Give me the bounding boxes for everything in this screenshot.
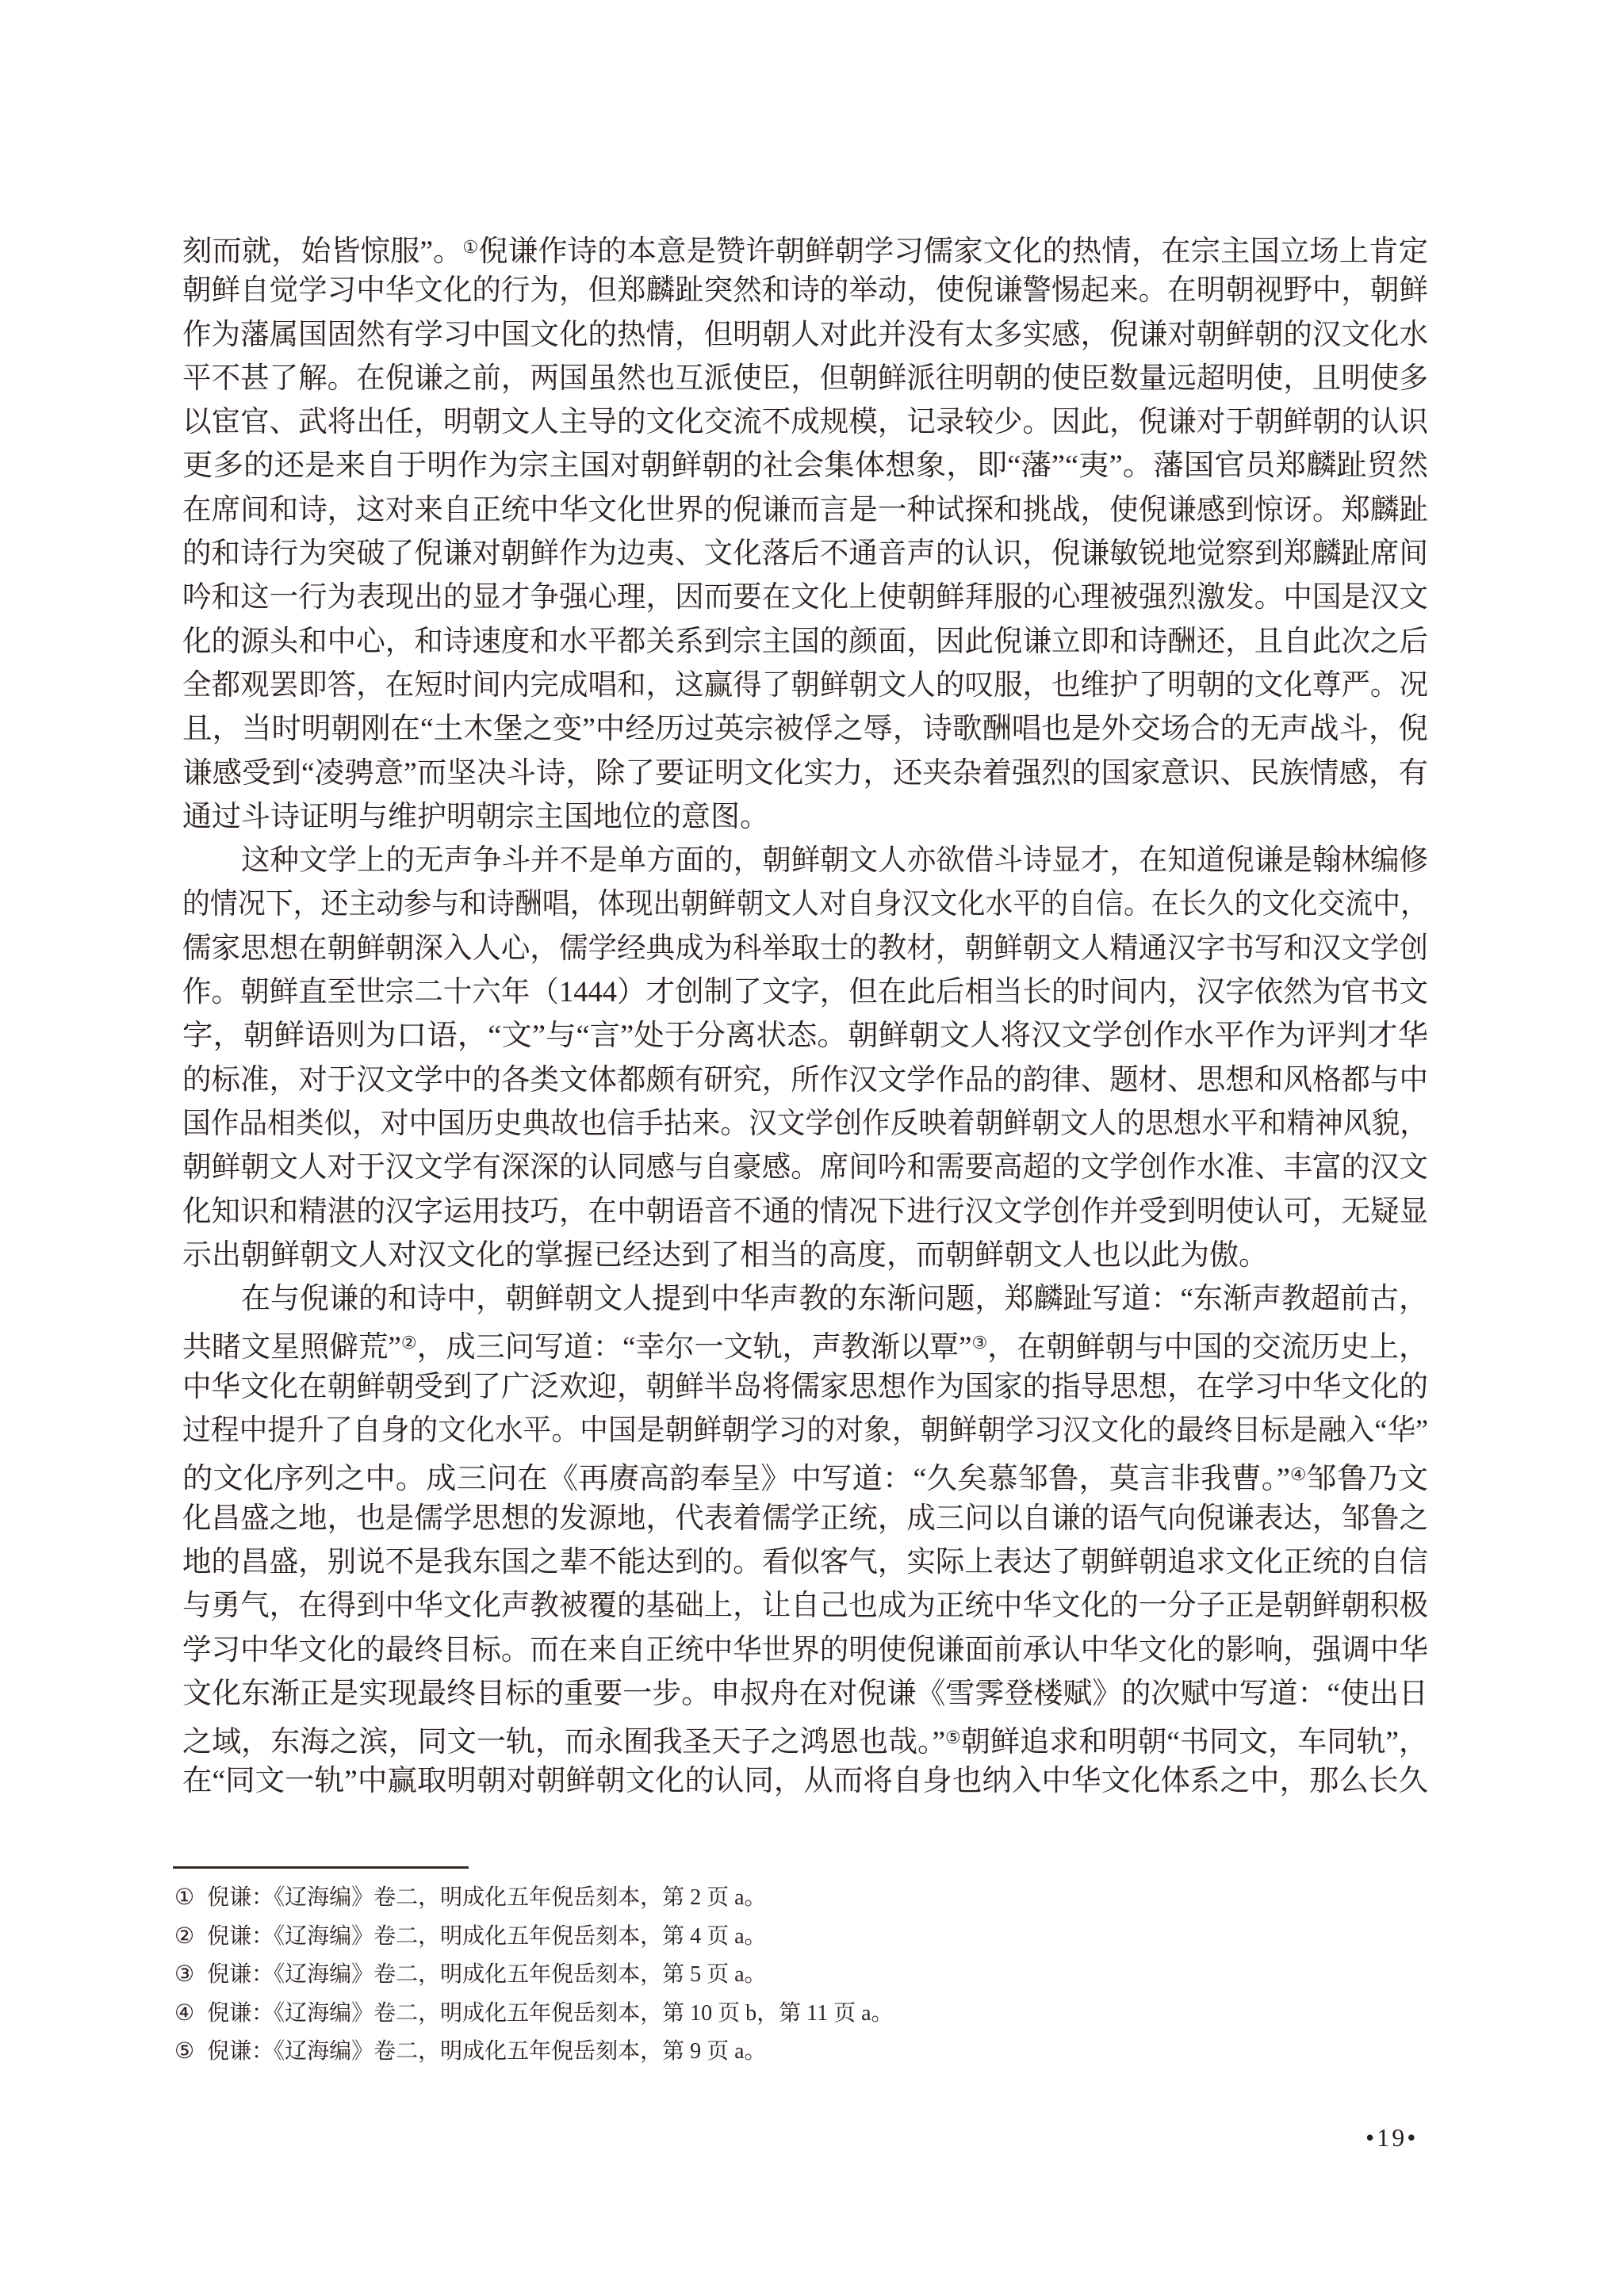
text-line-content: 在“同文一轨”中赢取明朝对朝鲜朝文化的认同，从而将自身也纳入中华文化体系之中，那… [182,1759,1428,1803]
footnote-marker: ④ [174,1995,194,2034]
text-line-content: 国作品相类似，对中国历史典故也信手拈来。汉文学创作反映着朝鲜朝文人的思想水平和精… [182,1102,1428,1146]
text-run: 这种文学上的无声争斗并不是单方面的，朝鲜朝文人亦欲借斗诗显才，在知道倪谦是翰林编… [241,844,1428,877]
text-line: 在席间和诗，这对来自正统中华文化世界的倪谦而言是一种试探和挑战，使倪谦感到惊讶。… [182,488,1428,532]
text-line-content: 之域，东海之滨，同文一轨，而永囿我圣天子之鸿恩也哉。”⑤朝鲜追求和明朝“书同文，… [182,1716,1428,1764]
text-line-content: 的标准，对于汉文学中的各类文体都颇有研究，所作汉文学作品的韵律、题材、思想和风格… [182,1058,1428,1102]
text-line-content: 的文化序列之中。成三问在《再赓高韵奉呈》中写道：“久矣慕邹鲁，莫言非我曹。”④邹… [182,1452,1428,1501]
text-run: 邹鲁乃文 [1306,1463,1428,1495]
footnote-separator [173,1866,469,1869]
text-run: 化知识和精湛的汉字运用技巧，在中朝语音不通的情况下进行汉文学创作并受到明使认可，… [182,1196,1428,1228]
text-run: 化昌盛之地，也是儒学思想的发源地，代表着儒学正统，成三问以自谦的语气向倪谦表达，… [182,1502,1428,1535]
text-line: 且，当时明朝刚在“土木堡之变”中经历过英宗被俘之辱，诗歌酬唱也是外交场合的无声战… [182,707,1428,751]
document-page: 刻而就，始皆惊服”。①倪谦作诗的本意是赞许朝鲜朝学习儒家文化的热情，在宗主国立场… [0,0,1624,2296]
text-line: 以宦官、武将出任，明朝文人主导的文化交流不成规模，记录较少。因此，倪谦对于朝鲜朝… [182,400,1428,444]
text-run: 朝鲜追求和明朝“书同文，车同轨”， [961,1726,1428,1758]
text-run: 朝鲜自觉学习中华文化的行为，但郑麟趾突然和诗的举动，使倪谦警惕起来。在明朝视野中… [182,274,1428,307]
text-run: 朝鲜朝文人对于汉文学有深深的认同感与自豪感。席间吟和需要高超的文学创作水准、丰富… [182,1151,1428,1184]
text-line-content: 刻而就，始皆惊服”。①倪谦作诗的本意是赞许朝鲜朝学习儒家文化的热情，在宗主国立场… [182,225,1428,274]
text-line: 吟和这一行为表现出的显才争强心理，因而要在文化上使朝鲜拜服的心理被强烈激发。中国… [182,576,1428,619]
footnote-ref-marker: ④ [1290,1464,1306,1484]
text-line: 化昌盛之地，也是儒学思想的发源地，代表着儒学正统，成三问以自谦的语气向倪谦表达，… [182,1497,1428,1540]
footnote-ref-marker: ① [462,237,478,257]
text-run: 吟和这一行为表现出的显才争强心理，因而要在文化上使朝鲜拜服的心理被强烈激发。中国… [182,581,1428,614]
text-line: 在与倪谦的和诗中，朝鲜朝文人提到中华声教的东渐问题，郑麟趾写道：“东渐声教超前古… [182,1277,1428,1321]
text-line-content: 学习中华文化的最终目标。而在来自正统中华世界的明使倪谦面前承认中华文化的影响，强… [182,1628,1428,1672]
body-text: 刻而就，始皆惊服”。①倪谦作诗的本意是赞许朝鲜朝学习儒家文化的热情，在宗主国立场… [182,225,1428,1804]
text-run: 文化东渐正是实现最终目标的重要一步。申叔舟在对倪谦《雪霁登楼赋》的次赋中写道：“… [182,1678,1428,1710]
text-line-content: 吟和这一行为表现出的显才争强心理，因而要在文化上使朝鲜拜服的心理被强烈激发。中国… [182,576,1428,619]
text-run: 学习中华文化的最终目标。而在来自正统中华世界的明使倪谦面前承认中华文化的影响，强… [182,1634,1428,1667]
text-line: 平不甚了解。在倪谦之前，两国虽然也互派使臣，但朝鲜派往明朝的使臣数量远超明使，且… [182,357,1428,400]
text-run: 谦感受到“凌骋意”而坚决斗诗，除了要证明文化实力，还夹杂着强烈的国家意识、民族情… [182,757,1428,790]
footnote-marker: ② [174,1918,194,1957]
footnote: ②倪谦：《辽海编》卷二，明成化五年倪岳刻本，第 4 页 a。 [174,1918,1364,1957]
text-line: 文化东渐正是实现最终目标的重要一步。申叔舟在对倪谦《雪霁登楼赋》的次赋中写道：“… [182,1672,1428,1716]
footnote-ref-marker: ② [401,1333,417,1353]
text-line: 示出朝鲜朝文人对汉文化的掌握已经达到了相当的高度，而朝鲜朝文人也以此为傲。 [182,1234,1428,1277]
text-run: 在“同文一轨”中赢取明朝对朝鲜朝文化的认同，从而将自身也纳入中华文化体系之中，那… [182,1765,1428,1797]
text-line: 作。朝鲜直至世宗二十六年（1444）才创制了文字，但在此后相当长的时间内，汉字依… [182,970,1428,1014]
text-line-content: 与勇气，在得到中华文化声教被覆的基础上，让自己也成为正统中华文化的一分子正是朝鲜… [182,1584,1428,1628]
text-line: 化的源头和中心，和诗速度和水平都关系到宗主国的颜面，因此倪谦立即和诗酬还，且自此… [182,620,1428,664]
footnote-marker: ① [174,1879,194,1918]
text-run: 且，当时明朝刚在“土木堡之变”中经历过英宗被俘之辱，诗歌酬唱也是外交场合的无声战… [182,713,1428,745]
text-line-content: 全都观罢即答，在短时间内完成唱和，这赢得了朝鲜朝文人的叹服，也维护了明朝的文化尊… [182,664,1428,707]
text-line-content: 过程中提升了自身的文化水平。中国是朝鲜朝学习的对象，朝鲜朝学习汉文化的最终目标是… [182,1409,1428,1452]
text-line-content: 示出朝鲜朝文人对汉文化的掌握已经达到了相当的高度，而朝鲜朝文人也以此为傲。 [182,1234,1268,1277]
text-line: 国作品相类似，对中国历史典故也信手拈来。汉文学创作反映着朝鲜朝文人的思想水平和精… [182,1102,1428,1146]
text-line-content: 这种文学上的无声争斗并不是单方面的，朝鲜朝文人亦欲借斗诗显才，在知道倪谦是翰林编… [241,839,1428,882]
text-line-content: 文化东渐正是实现最终目标的重要一步。申叔舟在对倪谦《雪霁登楼赋》的次赋中写道：“… [182,1672,1428,1716]
text-line: 刻而就，始皆惊服”。①倪谦作诗的本意是赞许朝鲜朝学习儒家文化的热情，在宗主国立场… [182,225,1428,269]
text-line-content: 且，当时明朝刚在“土木堡之变”中经历过英宗被俘之辱，诗歌酬唱也是外交场合的无声战… [182,707,1428,751]
text-line-content: 地的昌盛，别说不是我东国之辈不能达到的。看似客气，实际上表达了朝鲜朝追求文化正统… [182,1540,1428,1584]
text-run: 作。朝鲜直至世宗二十六年（1444）才创制了文字，但在此后相当长的时间内，汉字依… [182,976,1428,1008]
text-line: 的文化序列之中。成三问在《再赓高韵奉呈》中写道：“久矣慕邹鲁，莫言非我曹。”④邹… [182,1452,1428,1496]
footnotes: ①倪谦：《辽海编》卷二，明成化五年倪岳刻本，第 2 页 a。②倪谦：《辽海编》卷… [174,1879,1364,2072]
text-line-content: 作。朝鲜直至世宗二十六年（1444）才创制了文字，但在此后相当长的时间内，汉字依… [182,970,1428,1014]
text-run: 倪谦作诗的本意是赞许朝鲜朝学习儒家文化的热情，在宗主国立场上肯定 [478,235,1428,268]
footnote-marker: ⑤ [174,2033,194,2072]
text-line-content: 以宦官、武将出任，明朝文人主导的文化交流不成规模，记录较少。因此，倪谦对于朝鲜朝… [182,400,1428,444]
text-run: 通过斗诗证明与维护明朝宗主国地位的意图。 [182,801,769,833]
text-run: 国作品相类似，对中国历史典故也信手拈来。汉文学创作反映着朝鲜朝文人的思想水平和精… [182,1108,1428,1140]
text-line-content: 字，朝鲜语则为口语，“文”与“言”处于分离状态。朝鲜朝文人将汉文学创作水平作为评… [182,1014,1428,1058]
text-line-content: 中华文化在朝鲜朝受到了广泛欢迎，朝鲜半岛将儒家思想作为国家的指导思想，在学习中华… [182,1365,1428,1409]
text-run: 字，朝鲜语则为口语，“文”与“言”处于分离状态。朝鲜朝文人将汉文学创作水平作为评… [182,1020,1428,1052]
text-line-content: 朝鲜自觉学习中华文化的行为，但郑麟趾突然和诗的举动，使倪谦警惕起来。在明朝视野中… [182,269,1428,312]
footnote-text: 倪谦：《辽海编》卷二，明成化五年倪岳刻本，第 4 页 a。 [207,1924,766,1949]
text-line: 地的昌盛，别说不是我东国之辈不能达到的。看似客气，实际上表达了朝鲜朝追求文化正统… [182,1540,1428,1584]
text-line: 共睹文星照僻荒”②，成三问写道：“幸尔一文轨，声教渐以覃”③，在朝鲜朝与中国的交… [182,1321,1428,1364]
footnote: ④倪谦：《辽海编》卷二，明成化五年倪岳刻本，第 10 页 b，第 11 页 a。 [174,1995,1364,2034]
text-line-content: 平不甚了解。在倪谦之前，两国虽然也互派使臣，但朝鲜派往明朝的使臣数量远超明使，且… [182,357,1428,400]
footnote-ref-marker: ⑤ [945,1728,961,1747]
text-line-content: 化昌盛之地，也是儒学思想的发源地，代表着儒学正统，成三问以自谦的语气向倪谦表达，… [182,1497,1428,1540]
text-line-content: 化的源头和中心，和诗速度和水平都关系到宗主国的颜面，因此倪谦立即和诗酬还，且自此… [182,620,1428,664]
text-line: 学习中华文化的最终目标。而在来自正统中华世界的明使倪谦面前承认中华文化的影响，强… [182,1628,1428,1672]
text-line: 过程中提升了自身的文化水平。中国是朝鲜朝学习的对象，朝鲜朝学习汉文化的最终目标是… [182,1409,1428,1452]
text-run: 过程中提升了自身的文化水平。中国是朝鲜朝学习的对象，朝鲜朝学习汉文化的最终目标是… [182,1414,1428,1447]
text-run: 以宦官、武将出任，明朝文人主导的文化交流不成规模，记录较少。因此，倪谦对于朝鲜朝… [182,406,1428,438]
text-line: 的和诗行为突破了倪谦对朝鲜作为边夷、文化落后不通音声的认识，倪谦敏锐地觉察到郑麟… [182,532,1428,576]
text-run: 的文化序列之中。成三问在《再赓高韵奉呈》中写道：“久矣慕邹鲁，莫言非我曹。” [182,1463,1290,1495]
text-line: 作为藩属国固然有学习中国文化的热情，但明朝人对此并没有太多实感，倪谦对朝鲜朝的汉… [182,313,1428,357]
text-run: 共睹文星照僻荒” [182,1331,401,1364]
text-line: 之域，东海之滨，同文一轨，而永囿我圣天子之鸿恩也哉。”⑤朝鲜追求和明朝“书同文，… [182,1716,1428,1759]
text-line-content: 化知识和精湛的汉字运用技巧，在中朝语音不通的情况下进行汉文学创作并受到明使认可，… [182,1190,1428,1234]
text-run: 平不甚了解。在倪谦之前，两国虽然也互派使臣，但朝鲜派往明朝的使臣数量远超明使，且… [182,362,1428,395]
text-line-content: 在席间和诗，这对来自正统中华文化世界的倪谦而言是一种试探和挑战，使倪谦感到惊讶。… [182,488,1428,532]
text-line-content: 儒家思想在朝鲜朝深入人心，儒学经典成为科举取士的教材，朝鲜朝文人精通汉字书写和汉… [182,927,1428,970]
text-line-content: 更多的还是来自于明作为宗主国对朝鲜朝的社会集体想象，即“藩”“夷”。藩国官员郑麟… [182,444,1428,488]
text-line-content: 在与倪谦的和诗中，朝鲜朝文人提到中华声教的东渐问题，郑麟趾写道：“东渐声教超前古… [241,1277,1428,1321]
page-number: •19• [1365,2123,1418,2152]
footnote-text: 倪谦：《辽海编》卷二，明成化五年倪岳刻本，第 5 页 a。 [207,1962,766,1987]
text-line-content: 共睹文星照僻荒”②，成三问写道：“幸尔一文轨，声教渐以覃”③，在朝鲜朝与中国的交… [182,1321,1428,1369]
text-line-content: 的和诗行为突破了倪谦对朝鲜作为边夷、文化落后不通音声的认识，倪谦敏锐地觉察到郑麟… [182,532,1428,576]
footnote-text: 倪谦：《辽海编》卷二，明成化五年倪岳刻本，第 2 页 a。 [207,1885,766,1910]
footnote: ⑤倪谦：《辽海编》卷二，明成化五年倪岳刻本，第 9 页 a。 [174,2033,1364,2072]
text-run: 全都观罢即答，在短时间内完成唱和，这赢得了朝鲜朝文人的叹服，也维护了明朝的文化尊… [182,669,1428,702]
text-line: 这种文学上的无声争斗并不是单方面的，朝鲜朝文人亦欲借斗诗显才，在知道倪谦是翰林编… [182,839,1428,882]
text-line-content: 的情况下，还主动参与和诗酬唱，体现出朝鲜朝文人对自身汉文化水平的自信。在长久的文… [182,882,1428,926]
text-run: 儒家思想在朝鲜朝深入人心，儒学经典成为科举取士的教材，朝鲜朝文人精通汉字书写和汉… [182,932,1428,965]
footnote-text: 倪谦：《辽海编》卷二，明成化五年倪岳刻本，第 10 页 b，第 11 页 a。 [207,2001,893,2026]
text-line: 中华文化在朝鲜朝受到了广泛欢迎，朝鲜半岛将儒家思想作为国家的指导思想，在学习中华… [182,1365,1428,1409]
text-line: 更多的还是来自于明作为宗主国对朝鲜朝的社会集体想象，即“藩”“夷”。藩国官员郑麟… [182,444,1428,488]
text-run: 更多的还是来自于明作为宗主国对朝鲜朝的社会集体想象，即“藩”“夷”。藩国官员郑麟… [182,450,1428,482]
text-run: 之域，东海之滨，同文一轨，而永囿我圣天子之鸿恩也哉。” [182,1726,945,1758]
text-line: 朝鲜朝文人对于汉文学有深深的认同感与自豪感。席间吟和需要高超的文学创作水准、丰富… [182,1146,1428,1189]
text-line: 通过斗诗证明与维护明朝宗主国地位的意图。 [182,795,1428,839]
text-run: 在与倪谦的和诗中，朝鲜朝文人提到中华声教的东渐问题，郑麟趾写道：“东渐声教超前古… [241,1283,1428,1315]
text-run: 在席间和诗，这对来自正统中华文化世界的倪谦而言是一种试探和挑战，使倪谦感到惊讶。… [182,494,1428,526]
text-run: 的标准，对于汉文学中的各类文体都颇有研究，所作汉文学作品的韵律、题材、思想和风格… [182,1064,1428,1096]
text-run: 中华文化在朝鲜朝受到了广泛欢迎，朝鲜半岛将儒家思想作为国家的指导思想，在学习中华… [182,1371,1428,1403]
text-run: 示出朝鲜朝文人对汉文化的掌握已经达到了相当的高度，而朝鲜朝文人也以此为傲。 [182,1239,1268,1272]
text-line: 在“同文一轨”中赢取明朝对朝鲜朝文化的认同，从而将自身也纳入中华文化体系之中，那… [182,1759,1428,1803]
text-run: 刻而就，始皆惊服”。 [182,235,462,268]
text-line: 朝鲜自觉学习中华文化的行为，但郑麟趾突然和诗的举动，使倪谦警惕起来。在明朝视野中… [182,269,1428,312]
text-line-content: 作为藩属国固然有学习中国文化的热情，但明朝人对此并没有太多实感，倪谦对朝鲜朝的汉… [182,313,1428,357]
text-run: 与勇气，在得到中华文化声教被覆的基础上，让自己也成为正统中华文化的一分子正是朝鲜… [182,1590,1428,1622]
text-line-content: 谦感受到“凌骋意”而坚决斗诗，除了要证明文化实力，还夹杂着强烈的国家意识、民族情… [182,752,1428,795]
text-line: 化知识和精湛的汉字运用技巧，在中朝语音不通的情况下进行汉文学创作并受到明使认可，… [182,1190,1428,1234]
footnote-text: 倪谦：《辽海编》卷二，明成化五年倪岳刻本，第 9 页 a。 [207,2039,766,2064]
text-line-content: 朝鲜朝文人对于汉文学有深深的认同感与自豪感。席间吟和需要高超的文学创作水准、丰富… [182,1146,1428,1189]
text-line: 谦感受到“凌骋意”而坚决斗诗，除了要证明文化实力，还夹杂着强烈的国家意识、民族情… [182,752,1428,795]
text-line: 儒家思想在朝鲜朝深入人心，儒学经典成为科举取士的教材，朝鲜朝文人精通汉字书写和汉… [182,927,1428,970]
text-run: 地的昌盛，别说不是我东国之辈不能达到的。看似客气，实际上表达了朝鲜朝追求文化正统… [182,1546,1428,1578]
text-run: 化的源头和中心，和诗速度和水平都关系到宗主国的颜面，因此倪谦立即和诗酬还，且自此… [182,626,1428,658]
footnote-marker: ③ [174,1956,194,1995]
text-run: 作为藩属国固然有学习中国文化的热情，但明朝人对此并没有太多实感，倪谦对朝鲜朝的汉… [182,319,1428,351]
text-line: 与勇气，在得到中华文化声教被覆的基础上，让自己也成为正统中华文化的一分子正是朝鲜… [182,1584,1428,1628]
text-run: ，在朝鲜朝与中国的交流历史上， [987,1331,1428,1364]
text-line: 全都观罢即答，在短时间内完成唱和，这赢得了朝鲜朝文人的叹服，也维护了明朝的文化尊… [182,664,1428,707]
footnote: ①倪谦：《辽海编》卷二，明成化五年倪岳刻本，第 2 页 a。 [174,1879,1364,1918]
text-run: 的和诗行为突破了倪谦对朝鲜作为边夷、文化落后不通音声的认识，倪谦敏锐地觉察到郑麟… [182,538,1428,570]
text-run: 的情况下，还主动参与和诗酬唱，体现出朝鲜朝文人对自身汉文化水平的自信。在长久的文… [182,888,1428,920]
footnote-ref-marker: ③ [971,1333,987,1353]
text-line: 字，朝鲜语则为口语，“文”与“言”处于分离状态。朝鲜朝文人将汉文学创作水平作为评… [182,1014,1428,1058]
text-line-content: 通过斗诗证明与维护明朝宗主国地位的意图。 [182,795,769,839]
text-line: 的标准，对于汉文学中的各类文体都颇有研究，所作汉文学作品的韵律、题材、思想和风格… [182,1058,1428,1102]
footnote: ③倪谦：《辽海编》卷二，明成化五年倪岳刻本，第 5 页 a。 [174,1956,1364,1995]
text-line: 的情况下，还主动参与和诗酬唱，体现出朝鲜朝文人对自身汉文化水平的自信。在长久的文… [182,882,1428,926]
text-run: ，成三问写道：“幸尔一文轨，声教渐以覃” [417,1331,972,1364]
